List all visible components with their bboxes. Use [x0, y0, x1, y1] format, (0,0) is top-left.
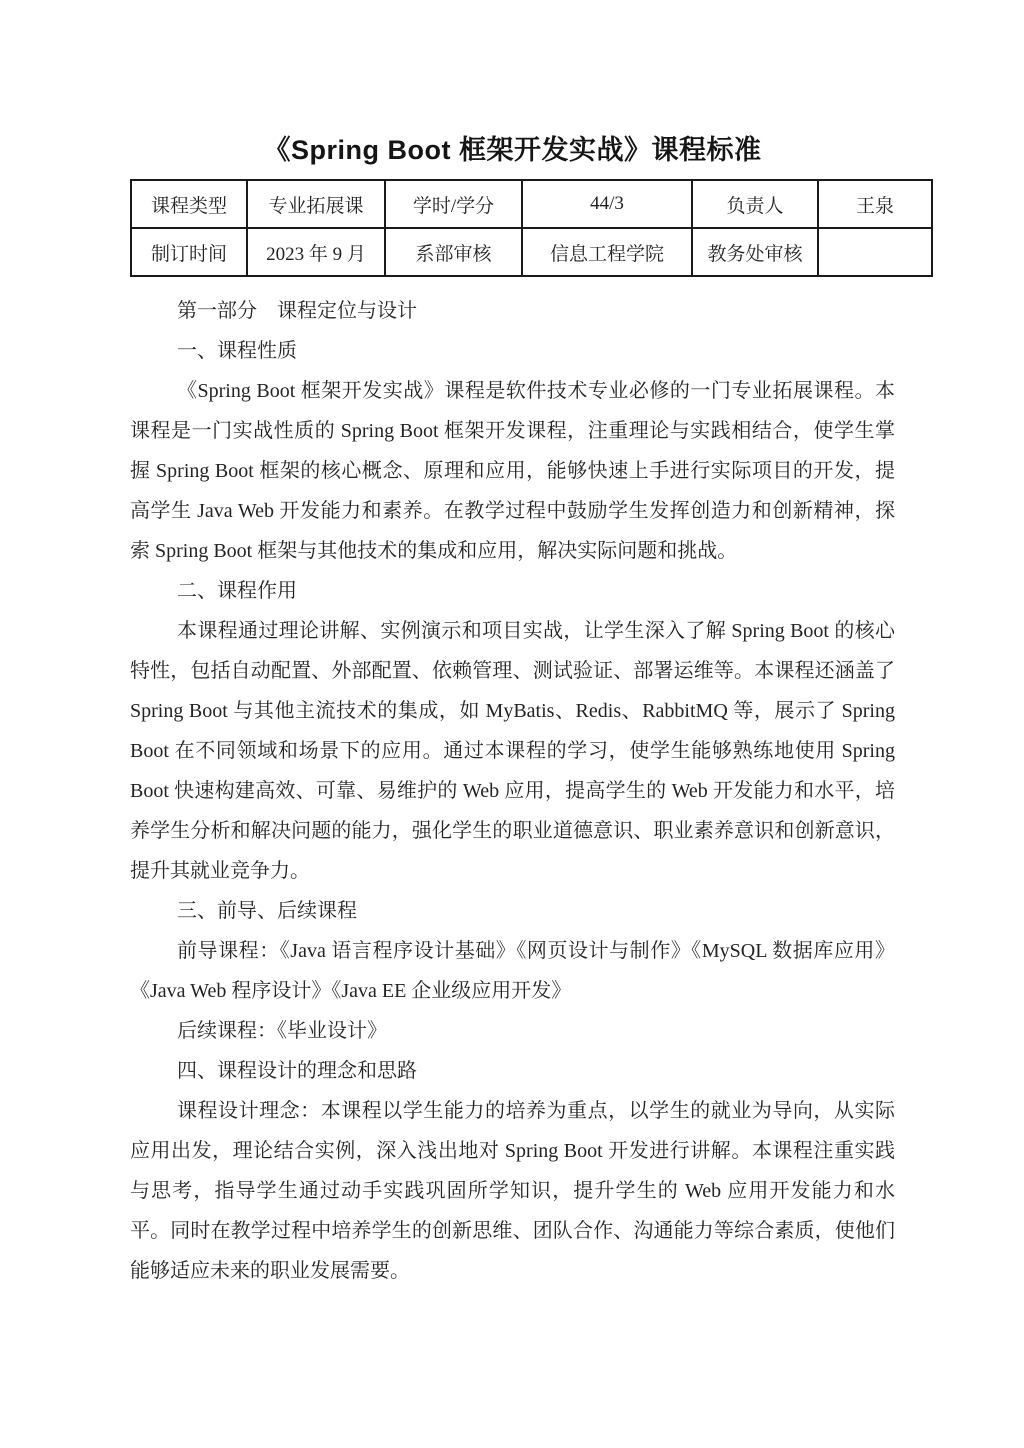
table-cell-hours-credits-value: 44/3 — [522, 180, 692, 228]
document-body: 第一部分 课程定位与设计 一、课程性质 《Spring Boot 框架开发实战》… — [130, 291, 895, 1291]
document-page: 《Spring Boot 框架开发实战》课程标准 课程类型 专业拓展课 学时/学… — [0, 0, 1024, 1448]
table-row: 制订时间 2023 年 9 月 系部审核 信息工程学院 教务处审核 — [131, 228, 932, 276]
course-info-table: 课程类型 专业拓展课 学时/学分 44/3 负责人 王泉 制订时间 2023 年… — [130, 179, 933, 277]
paragraph-preceding-courses: 前导课程：《Java 语言程序设计基础》《网页设计与制作》《MySQL 数据库应… — [130, 931, 895, 1011]
paragraph-design-concept: 课程设计理念：本课程以学生能力的培养为重点，以学生的就业为导向，从实际应用出发，… — [130, 1091, 895, 1291]
section-heading-related-courses: 三、前导、后续课程 — [130, 891, 895, 931]
table-cell-dept-review-value: 信息工程学院 — [522, 228, 692, 276]
table-cell-office-review-value — [818, 228, 932, 276]
table-cell-leader-value: 王泉 — [818, 180, 932, 228]
section-heading-course-nature: 一、课程性质 — [130, 331, 895, 371]
table-cell-course-type-value: 专业拓展课 — [247, 180, 385, 228]
table-cell-office-review-label: 教务处审核 — [692, 228, 818, 276]
section-heading-course-role: 二、课程作用 — [130, 571, 895, 611]
paragraph-following-courses: 后续课程：《毕业设计》 — [130, 1011, 895, 1051]
page-title: 《Spring Boot 框架开发实战》课程标准 — [130, 133, 895, 167]
table-cell-hours-credits-label: 学时/学分 — [385, 180, 522, 228]
part-heading: 第一部分 课程定位与设计 — [130, 291, 895, 331]
section-heading-design-concept: 四、课程设计的理念和思路 — [130, 1051, 895, 1091]
table-cell-date-value: 2023 年 9 月 — [247, 228, 385, 276]
table-cell-course-type-label: 课程类型 — [131, 180, 247, 228]
paragraph-course-role: 本课程通过理论讲解、实例演示和项目实战，让学生深入了解 Spring Boot … — [130, 611, 895, 891]
table-cell-date-label: 制订时间 — [131, 228, 247, 276]
table-cell-leader-label: 负责人 — [692, 180, 818, 228]
table-row: 课程类型 专业拓展课 学时/学分 44/3 负责人 王泉 — [131, 180, 932, 228]
paragraph-course-nature: 《Spring Boot 框架开发实战》课程是软件技术专业必修的一门专业拓展课程… — [130, 371, 895, 571]
table-cell-dept-review-label: 系部审核 — [385, 228, 522, 276]
